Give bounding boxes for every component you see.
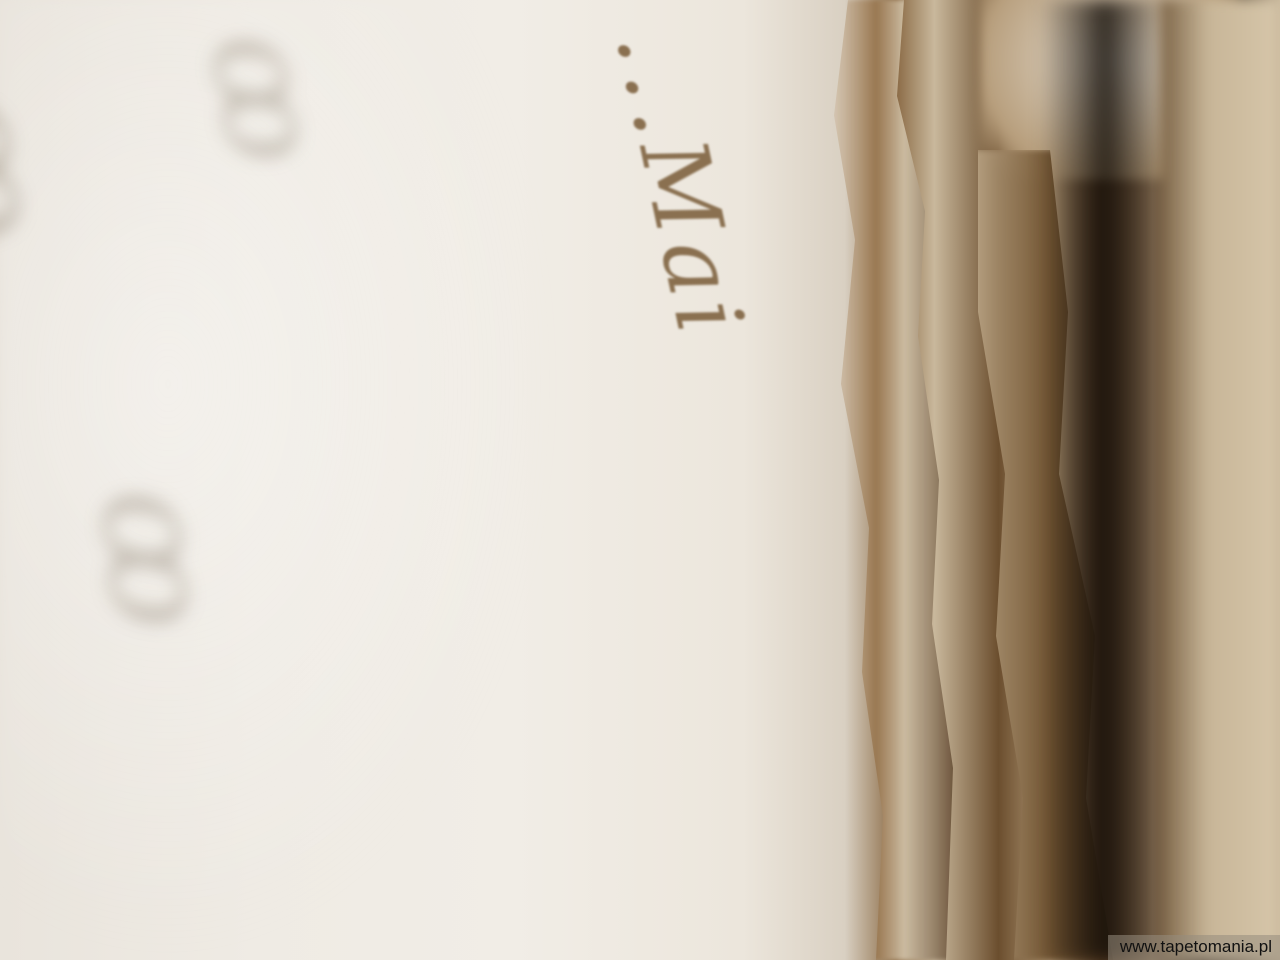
paper-layer-right [1160,0,1280,960]
torn-paper-edge [820,0,960,960]
handwriting-in-focus: ...Mai [595,20,765,350]
blurred-handwriting: ꝏ [68,480,245,636]
photo: ꝏ ꝏ ꝏ ...Mai www.tapetomania.pl [0,0,1280,960]
shadow-gap [1040,0,1170,960]
blurred-handwriting: ꝏ [180,20,352,174]
watermark: www.tapetomania.pl [1108,935,1280,960]
